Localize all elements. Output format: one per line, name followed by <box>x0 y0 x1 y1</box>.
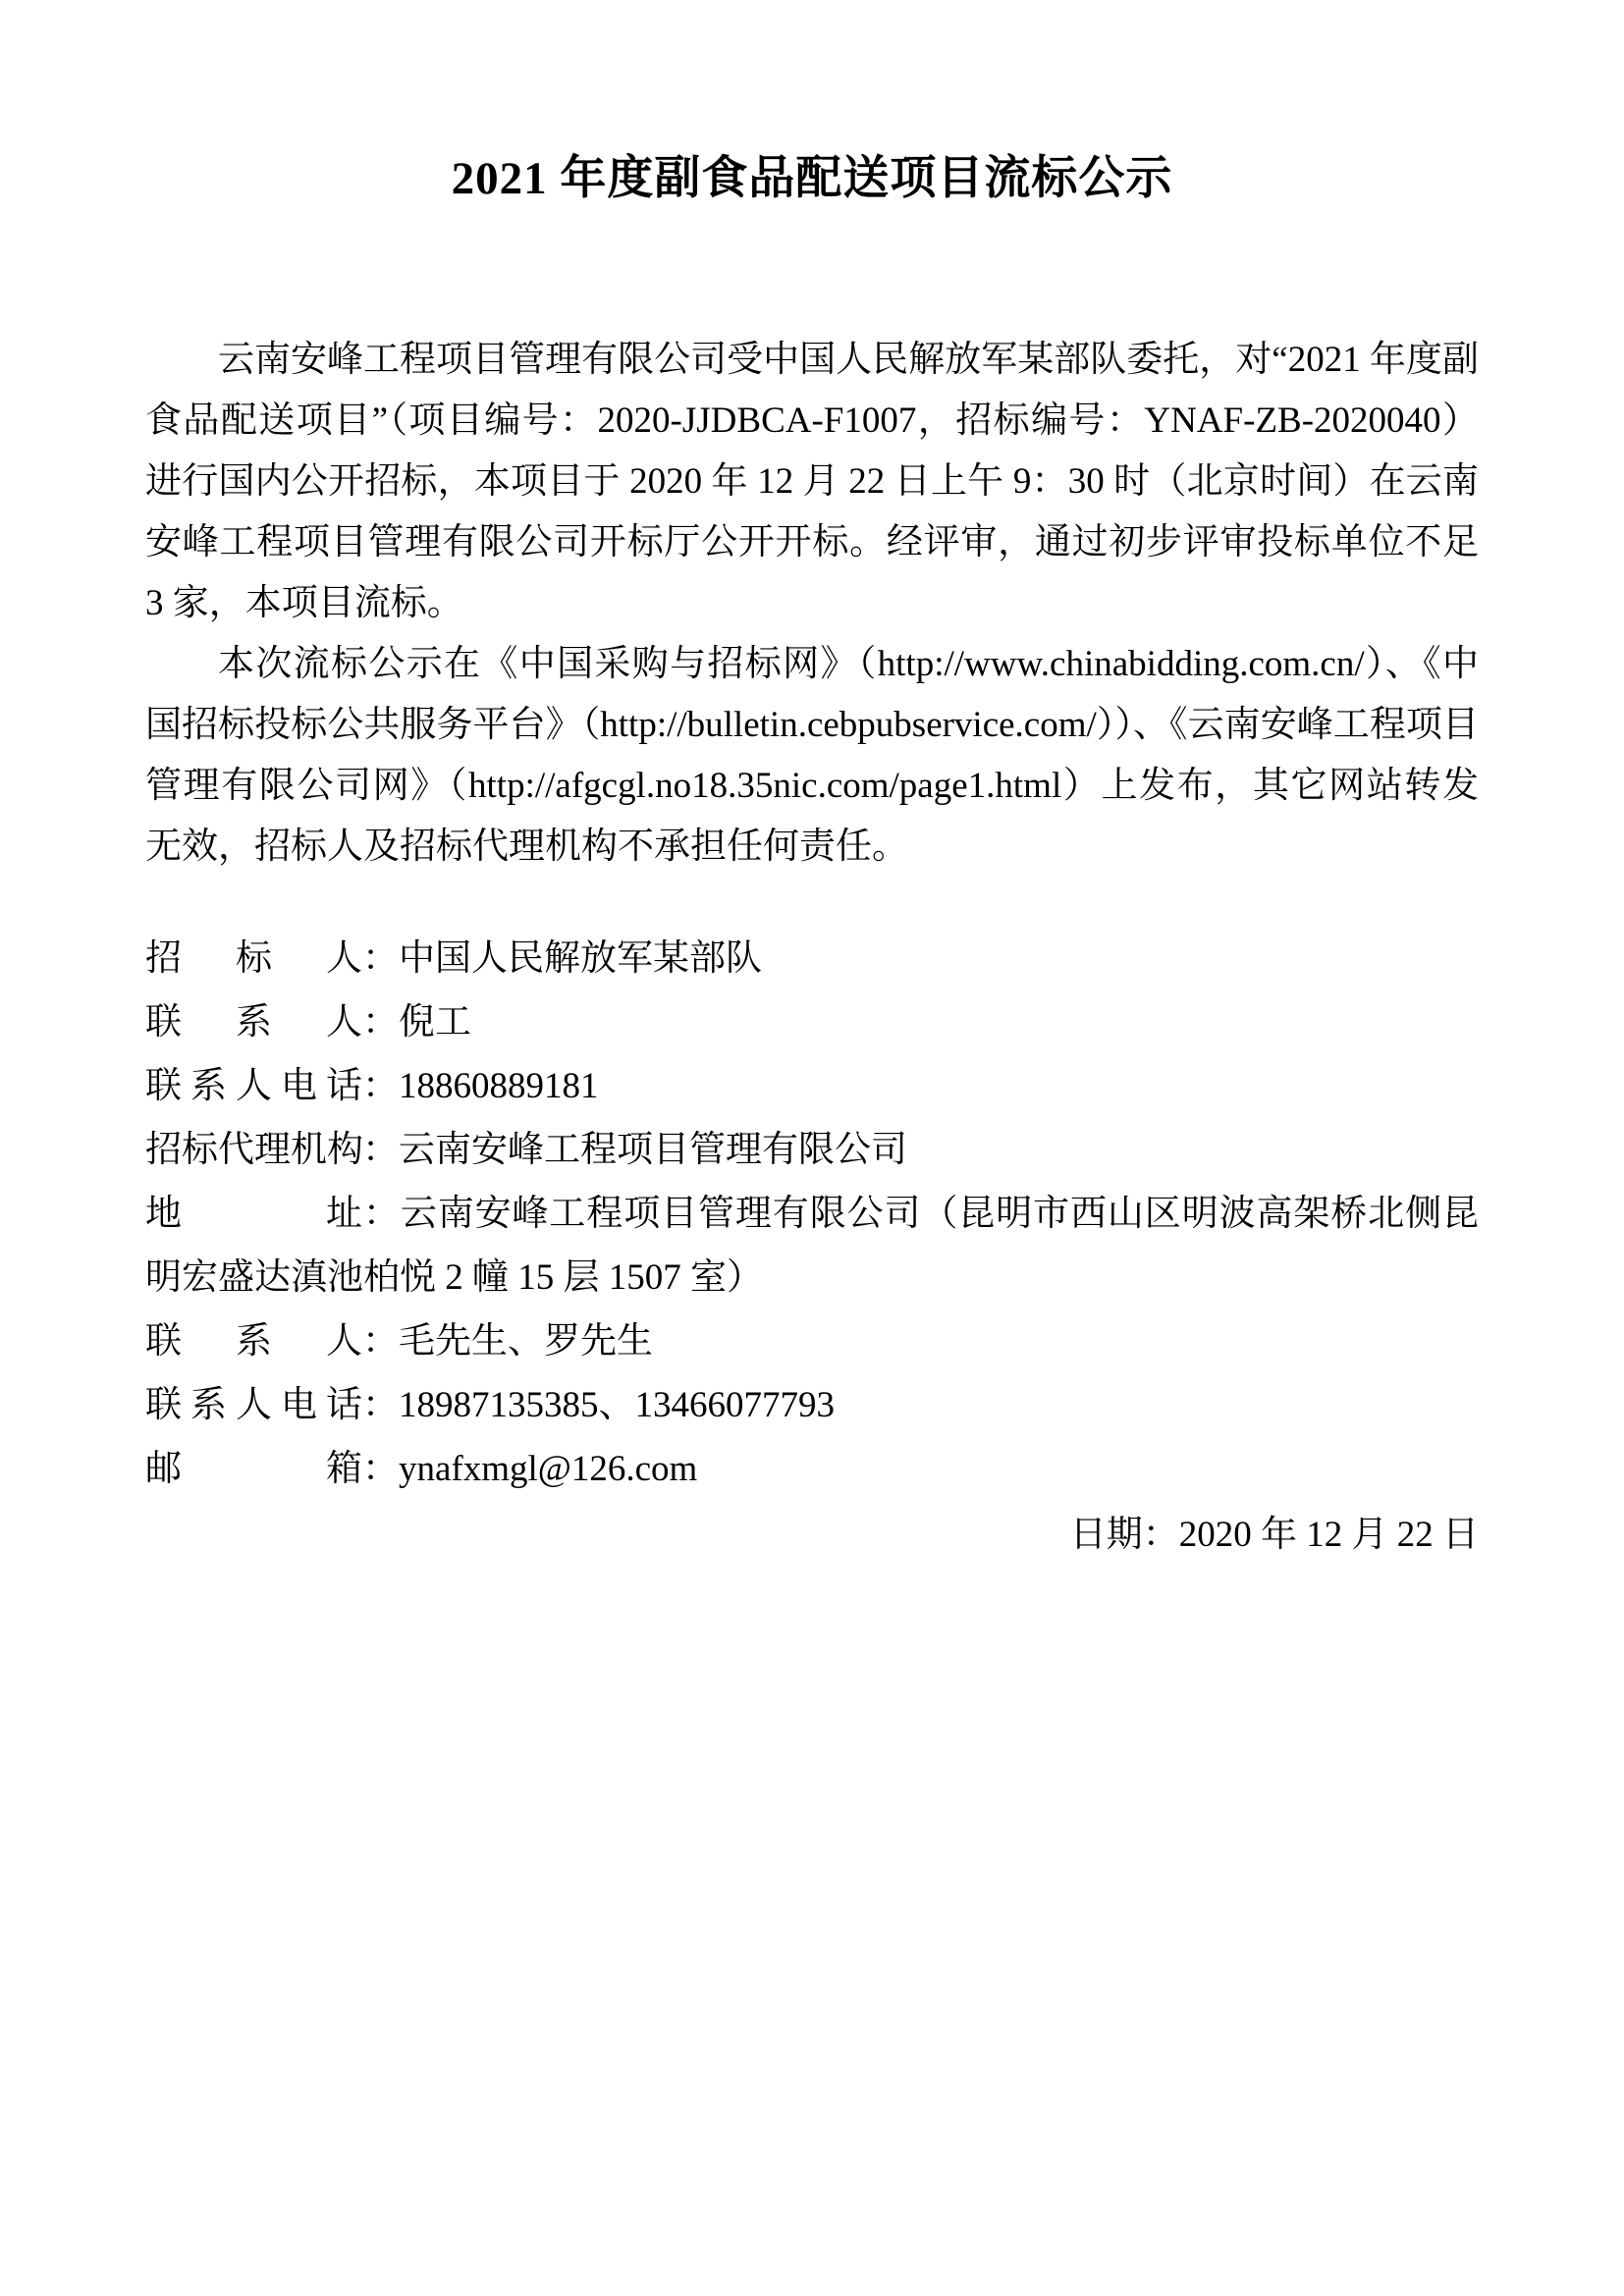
contact-info-section: 招标人：中国人民解放军某部队 联系人：倪工 联系人电话：18860889181 … <box>145 927 1479 1567</box>
contact-colon: ： <box>362 1385 399 1425</box>
contact-label: 招标代理机构 <box>145 1118 362 1182</box>
contact-colon: ： <box>362 1130 399 1170</box>
contact-label: 联系人电话 <box>145 1373 362 1437</box>
contact-label: 邮箱 <box>145 1437 362 1501</box>
contact-value: ynafxmgl@126.com <box>399 1449 697 1489</box>
body-paragraphs: 云南安峰工程项目管理有限公司受中国人民解放军某部队委托，对“2021 年度副食品… <box>145 330 1479 878</box>
paragraph-bid-result: 云南安峰工程项目管理有限公司受中国人民解放军某部队委托，对“2021 年度副食品… <box>145 330 1479 634</box>
contact-colon: ： <box>362 938 399 979</box>
contact-row-tenderee: 招标人：中国人民解放军某部队 <box>145 927 1479 990</box>
contact-colon: ： <box>362 1321 399 1362</box>
contact-row-contact-person-1: 联系人：倪工 <box>145 990 1479 1054</box>
contact-colon: ： <box>362 1066 399 1106</box>
contact-row-contact-person-2: 联系人：毛先生、罗先生 <box>145 1309 1479 1373</box>
contact-row-contact-phone-2: 联系人电话：18987135385、13466077793 <box>145 1373 1479 1437</box>
contact-value: 倪工 <box>399 1002 471 1042</box>
contact-label: 联系人电话 <box>145 1054 362 1118</box>
contact-label: 联系人 <box>145 1309 362 1373</box>
contact-value: 18860889181 <box>399 1066 599 1106</box>
contact-colon: ： <box>362 1194 401 1234</box>
contact-value: 云南安峰工程项目管理有限公司 <box>399 1130 907 1170</box>
contact-value: 18987135385、13466077793 <box>399 1385 835 1425</box>
contact-row-address: 地址：云南安峰工程项目管理有限公司（昆明市西山区明波高架桥北侧昆明宏盛达滇池柏悦… <box>145 1182 1479 1309</box>
contact-label: 联系人 <box>145 990 362 1054</box>
contact-colon: ： <box>362 1002 399 1042</box>
paragraph-publication-notice: 本次流标公示在《中国采购与招标网》（http://www.chinabiddin… <box>145 634 1479 878</box>
date-line: 日期：2020 年 12 月 22 日 <box>145 1503 1479 1567</box>
contact-label: 地址 <box>145 1182 362 1246</box>
announcement-page: 2021 年度副食品配送项目流标公示 云南安峰工程项目管理有限公司受中国人民解放… <box>0 0 1624 2296</box>
contact-row-agency: 招标代理机构：云南安峰工程项目管理有限公司 <box>145 1118 1479 1182</box>
document-title: 2021 年度副食品配送项目流标公示 <box>145 149 1479 208</box>
contact-row-contact-phone-1: 联系人电话：18860889181 <box>145 1054 1479 1118</box>
contact-row-email: 邮箱：ynafxmgl@126.com <box>145 1437 1479 1501</box>
contact-label: 招标人 <box>145 927 362 990</box>
contact-colon: ： <box>362 1449 399 1489</box>
contact-value: 中国人民解放军某部队 <box>399 938 762 979</box>
contact-value: 毛先生、罗先生 <box>399 1321 653 1362</box>
